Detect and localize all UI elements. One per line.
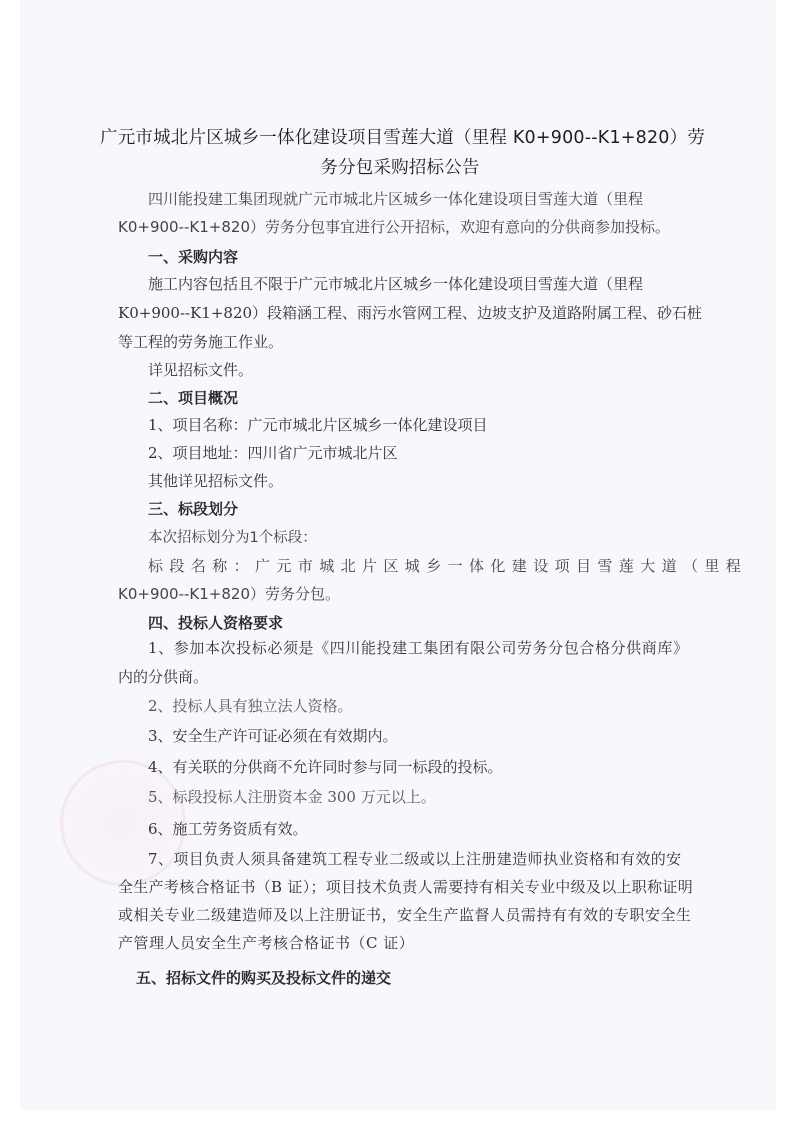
section-4-line-1: 1、参加本次投标必须是《四川能投建工集团有限公司劳务分包合格分供商库》 — [148, 637, 689, 658]
section-4-line-5: 4、有关联的分供商不允许同时参与同一标段的投标。 — [148, 756, 503, 777]
section-1-line-4: 详见招标文件。 — [148, 359, 253, 380]
section-4-line-3: 2、投标人具有独立法人资格。 — [148, 695, 353, 716]
intro-line-2: K0+900--K1+820）劳务分包事宜进行公开招标，欢迎有意向的分供商参加投… — [118, 216, 670, 237]
section-4-line-9: 全生产考核合格证书（B 证）；项目技术负责人需要持有相关专业中级及以上职称证明 — [118, 876, 693, 897]
section-3-line-2: 标段名称：广元市城北片区城乡一体化建设项目雪莲大道（里程 — [148, 555, 747, 576]
section-3-line-1: 本次招标划分为1个标段： — [148, 526, 317, 547]
section-3-line-3: K0+900--K1+820）劳务分包。 — [118, 583, 340, 604]
section-heading-procurement-content: 一、采购内容 — [148, 246, 238, 267]
section-1-line-1: 施工内容包括且不限于广元市城北片区城乡一体化建设项目雪莲大道（里程 — [148, 273, 643, 294]
section-4-line-11: 产管理人员安全生产考核合格证书（C 证） — [118, 932, 414, 953]
section-1-line-3: 等工程的劳务施工作业。 — [118, 331, 283, 352]
section-4-line-8: 7、项目负责人须具备建筑工程专业二级或以上注册建造师执业资格和有效的安 — [148, 848, 682, 869]
section-1-line-2: K0+900--K1+820）段箱涵工程、雨污水管网工程、边坡支护及道路附属工程… — [118, 302, 702, 323]
section-heading-lot-division: 三、标段划分 — [148, 498, 238, 519]
section-heading-project-overview: 二、项目概况 — [148, 387, 238, 408]
document-title-line-2: 务分包采购招标公告 — [100, 154, 700, 179]
intro-line-1: 四川能投建工集团现就广元市城北片区城乡一体化建设项目雪莲大道（里程 — [148, 188, 643, 209]
document-title-line-1: 广元市城北片区城乡一体化建设项目雪莲大道（里程 K0+900--K1+820）劳 — [100, 124, 700, 149]
section-2-line-3: 其他详见招标文件。 — [148, 470, 283, 491]
section-4-line-7: 6、施工劳务资质有效。 — [148, 818, 308, 839]
section-2-line-1: 1、项目名称：广元市城北片区城乡一体化建设项目 — [148, 414, 488, 435]
section-4-line-6: 5、标段投标人注册资本金 300 万元以上。 — [148, 786, 436, 807]
section-4-line-4: 3、安全生产许可证必须在有效期内。 — [148, 725, 398, 746]
section-heading-bidder-qualifications: 四、投标人资格要求 — [148, 612, 283, 633]
section-2-line-2: 2、项目地址：四川省广元市城北片区 — [148, 442, 398, 463]
section-heading-tender-documents: 五、招标文件的购买及投标文件的递交 — [136, 967, 391, 988]
section-4-line-10: 或相关专业二级建造师及以上注册证书，安全生产监督人员需持有有效的专职安全生 — [118, 904, 692, 925]
section-4-line-2: 内的分供商。 — [118, 666, 208, 687]
